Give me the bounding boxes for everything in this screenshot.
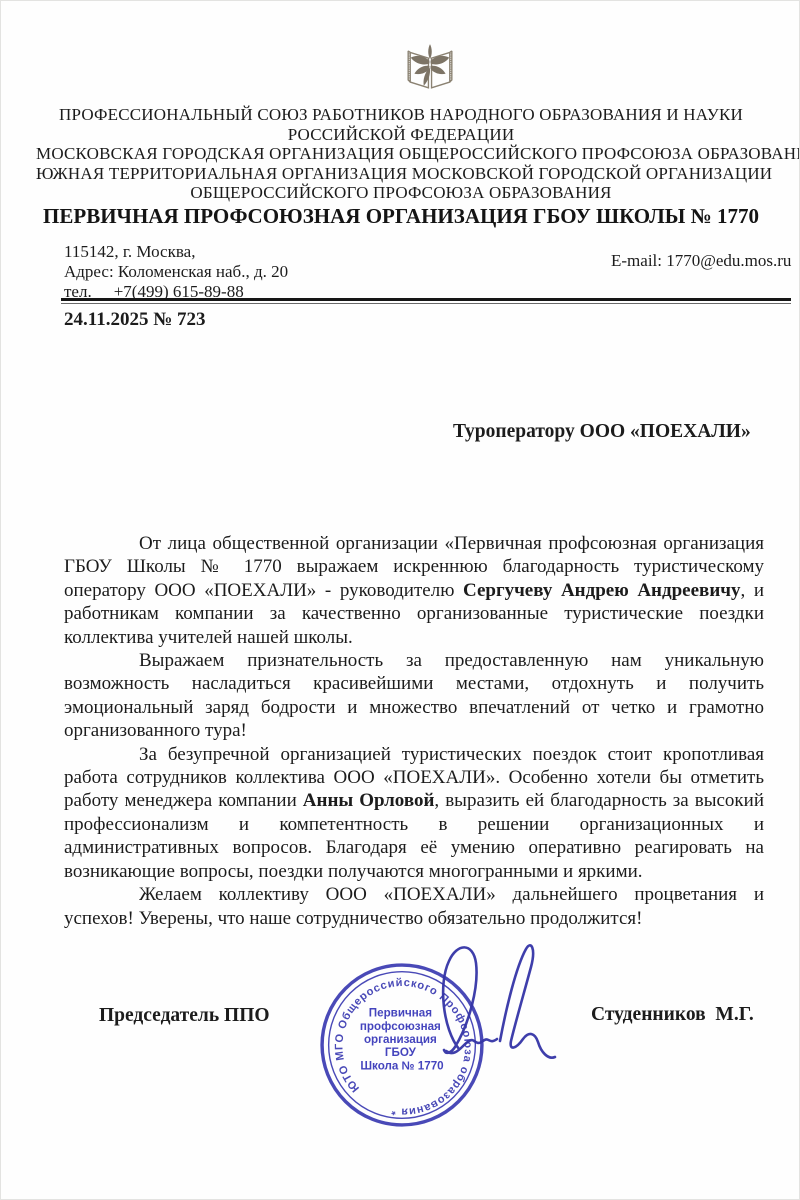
letterhead-title: ПЕРВИЧНАЯ ПРОФСОЮЗНАЯ ОРГАНИЗАЦИЯ ГБОУ Ш… bbox=[36, 204, 766, 229]
signature-scribble bbox=[399, 929, 559, 1079]
paragraph-text: Желаем коллективу ООО «ПОЕХАЛИ» дальнейш… bbox=[64, 884, 764, 928]
letterhead-org-lines: ПРОФЕССИОНАЛЬНЫЙ СОЮЗ РАБОТНИКОВ НАРОДНО… bbox=[36, 105, 766, 203]
org-line: ПРОФЕССИОНАЛЬНЫЙ СОЮЗ РАБОТНИКОВ НАРОДНО… bbox=[36, 105, 766, 125]
letter-paragraph: От лица общественной организации «Первич… bbox=[64, 532, 764, 649]
rule-thick-line bbox=[61, 298, 791, 301]
signoff-name: Студенников М.Г. bbox=[591, 1004, 754, 1026]
letterhead-rule bbox=[61, 298, 791, 305]
signoff-position: Председатель ППО bbox=[99, 1005, 270, 1027]
letter-paragraph: Выражаем признательность за предоставлен… bbox=[64, 649, 764, 743]
letter-body: От лица общественной организации «Первич… bbox=[64, 532, 764, 930]
director-name-bold: Сергучеву Андрею Андреевичу bbox=[463, 580, 740, 601]
paragraph-text: Выражаем признательность за предоставлен… bbox=[64, 650, 764, 741]
letter-paragraph: Желаем коллективу ООО «ПОЕХАЛИ» дальнейш… bbox=[64, 883, 764, 930]
org-line: РОССИЙСКОЙ ФЕДЕРАЦИИ bbox=[36, 125, 766, 145]
org-line: МОСКОВСКАЯ ГОРОДСКАЯ ОРГАНИЗАЦИЯ ОБЩЕРОС… bbox=[36, 144, 766, 164]
contact-postal: 115142, г. Москва, bbox=[64, 242, 288, 262]
letter-paragraph: За безупречной организацией туристически… bbox=[64, 743, 764, 883]
recipient-line: Туроператору ООО «ПОЕХАЛИ» bbox=[453, 421, 751, 443]
scanned-letter-page: ПРОФЕССИОНАЛЬНЫЙ СОЮЗ РАБОТНИКОВ НАРОДНО… bbox=[0, 0, 800, 1200]
contact-block: 115142, г. Москва, Адрес: Коломенская на… bbox=[64, 242, 288, 302]
org-line: ЮЖНАЯ ТЕРРИТОРИАЛЬНАЯ ОРГАНИЗАЦИЯ МОСКОВ… bbox=[36, 164, 766, 184]
contact-address: Адрес: Коломенская наб., д. 20 bbox=[64, 262, 288, 282]
ref-date-number: 24.11.2025 № 723 bbox=[64, 309, 206, 331]
manager-name-bold: Анны Орловой bbox=[303, 790, 435, 811]
org-line: ОБЩЕРОССИЙСКОГО ПРОФСОЮЗА ОБРАЗОВАНИЯ bbox=[36, 183, 766, 203]
contact-email: E-mail: 1770@edu.mos.ru bbox=[611, 251, 791, 271]
rule-thin-line bbox=[61, 303, 791, 304]
union-emblem-icon bbox=[404, 39, 456, 95]
